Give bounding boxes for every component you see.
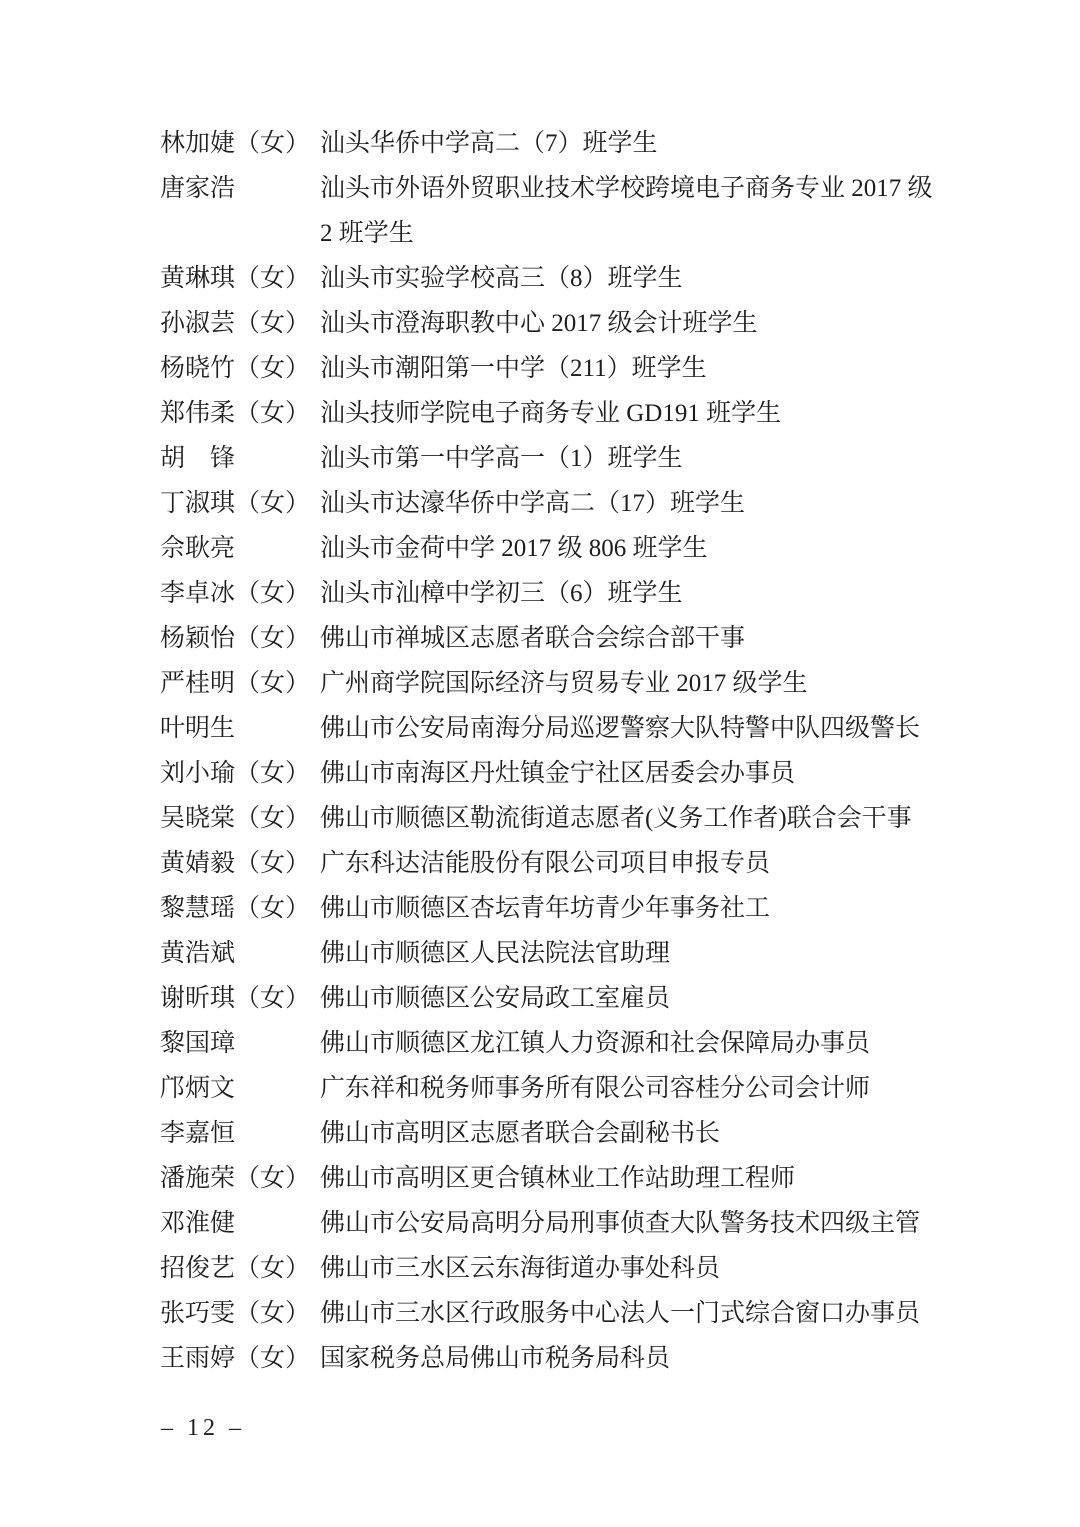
person-affiliation: 广东祥和税务师事务所有限公司容桂分公司会计师 xyxy=(320,1066,940,1111)
list-item: 邓淮健 佛山市公安局高明分局刑事侦查大队警务技术四级主管 xyxy=(160,1201,940,1246)
person-affiliation: 汕头技师学院电子商务专业 GD191 班学生 xyxy=(320,391,940,436)
person-name: 杨晓竹（女） xyxy=(160,346,320,391)
list-item: 黄琳琪（女） 汕头市实验学校高三（8）班学生 xyxy=(160,256,940,301)
list-item: 林加婕（女） 汕头华侨中学高二（7）班学生 xyxy=(160,121,940,166)
list-item: 严桂明（女） 广州商学院国际经济与贸易专业 2017 级学生 xyxy=(160,661,940,706)
list-item: 杨晓竹（女） 汕头市潮阳第一中学（211）班学生 xyxy=(160,346,940,391)
person-name: 黄浩斌 xyxy=(160,931,320,976)
document-page: 林加婕（女） 汕头华侨中学高二（7）班学生 唐家浩 汕头市外语外贸职业技术学校跨… xyxy=(0,0,1080,1527)
person-affiliation: 汕头市潮阳第一中学（211）班学生 xyxy=(320,346,940,391)
person-affiliation: 佛山市高明区志愿者联合会副秘书长 xyxy=(320,1111,940,1156)
person-name: 邓淮健 xyxy=(160,1201,320,1246)
person-affiliation: 广东科达洁能股份有限公司项目申报专员 xyxy=(320,841,940,886)
person-name: 丁淑琪（女） xyxy=(160,481,320,526)
list-item: 唐家浩 汕头市外语外贸职业技术学校跨境电子商务专业 2017 级 2 班学生 xyxy=(160,166,940,256)
person-name: 唐家浩 xyxy=(160,166,320,211)
list-item: 吴晓棠（女） 佛山市顺德区勒流街道志愿者(义务工作者)联合会干事 xyxy=(160,796,940,841)
person-affiliation: 汕头市达濠华侨中学高二（17）班学生 xyxy=(320,481,940,526)
person-name: 吴晓棠（女） xyxy=(160,796,320,841)
person-affiliation: 佛山市三水区行政服务中心法人一门式综合窗口办事员 xyxy=(320,1291,940,1336)
list-item: 李卓冰（女） 汕头市汕樟中学初三（6）班学生 xyxy=(160,571,940,616)
list-item: 叶明生 佛山市公安局南海分局巡逻警察大队特警中队四级警长 xyxy=(160,706,940,751)
person-name: 张巧雯（女） xyxy=(160,1291,320,1336)
list-item: 刘小瑜（女） 佛山市南海区丹灶镇金宁社区居委会办事员 xyxy=(160,751,940,796)
list-item: 胡 锋 汕头市第一中学高一（1）班学生 xyxy=(160,436,940,481)
person-affiliation: 佛山市顺德区龙江镇人力资源和社会保障局办事员 xyxy=(320,1021,940,1066)
person-affiliation: 汕头市澄海职教中心 2017 级会计班学生 xyxy=(320,301,940,346)
list-item: 招俊艺（女） 佛山市三水区云东海街道办事处科员 xyxy=(160,1246,940,1291)
person-name: 黄琳琪（女） xyxy=(160,256,320,301)
person-affiliation: 汕头市外语外贸职业技术学校跨境电子商务专业 2017 级 2 班学生 xyxy=(320,166,940,256)
list-item: 黄浩斌 佛山市顺德区人民法院法官助理 xyxy=(160,931,940,976)
person-name: 邝炳文 xyxy=(160,1066,320,1111)
person-name: 郑伟柔（女） xyxy=(160,391,320,436)
person-affiliation: 国家税务总局佛山市税务局科员 xyxy=(320,1336,940,1381)
list-item: 丁淑琪（女） 汕头市达濠华侨中学高二（17）班学生 xyxy=(160,481,940,526)
list-item: 杨颖怡（女） 佛山市禅城区志愿者联合会综合部干事 xyxy=(160,616,940,661)
list-item: 王雨婷（女） 国家税务总局佛山市税务局科员 xyxy=(160,1336,940,1381)
person-affiliation: 广州商学院国际经济与贸易专业 2017 级学生 xyxy=(320,661,940,706)
list-item: 黄婧毅（女） 广东科达洁能股份有限公司项目申报专员 xyxy=(160,841,940,886)
person-name: 林加婕（女） xyxy=(160,121,320,166)
person-affiliation: 佛山市公安局高明分局刑事侦查大队警务技术四级主管 xyxy=(320,1201,940,1246)
list-item: 黎国璋 佛山市顺德区龙江镇人力资源和社会保障局办事员 xyxy=(160,1021,940,1066)
list-item: 佘耿亮 汕头市金荷中学 2017 级 806 班学生 xyxy=(160,526,940,571)
list-item: 郑伟柔（女） 汕头技师学院电子商务专业 GD191 班学生 xyxy=(160,391,940,436)
person-name: 李嘉恒 xyxy=(160,1111,320,1156)
person-name: 刘小瑜（女） xyxy=(160,751,320,796)
person-affiliation: 佛山市顺德区公安局政工室雇员 xyxy=(320,976,940,1021)
list-item: 李嘉恒 佛山市高明区志愿者联合会副秘书长 xyxy=(160,1111,940,1156)
person-affiliation: 汕头市汕樟中学初三（6）班学生 xyxy=(320,571,940,616)
person-name: 潘施荣（女） xyxy=(160,1156,320,1201)
honor-roll-list: 林加婕（女） 汕头华侨中学高二（7）班学生 唐家浩 汕头市外语外贸职业技术学校跨… xyxy=(160,121,940,1381)
person-affiliation: 佛山市高明区更合镇林业工作站助理工程师 xyxy=(320,1156,940,1201)
person-name: 李卓冰（女） xyxy=(160,571,320,616)
list-item: 黎慧瑶（女） 佛山市顺德区杏坛青年坊青少年事务社工 xyxy=(160,886,940,931)
person-name: 王雨婷（女） xyxy=(160,1336,320,1381)
person-name: 胡 锋 xyxy=(160,436,320,481)
person-name: 孙淑芸（女） xyxy=(160,301,320,346)
person-affiliation: 佛山市顺德区人民法院法官助理 xyxy=(320,931,940,976)
person-affiliation: 佛山市顺德区杏坛青年坊青少年事务社工 xyxy=(320,886,940,931)
list-item: 邝炳文 广东祥和税务师事务所有限公司容桂分公司会计师 xyxy=(160,1066,940,1111)
person-name: 叶明生 xyxy=(160,706,320,751)
person-affiliation: 佛山市禅城区志愿者联合会综合部干事 xyxy=(320,616,940,661)
person-name: 严桂明（女） xyxy=(160,661,320,706)
person-affiliation: 汕头华侨中学高二（7）班学生 xyxy=(320,121,940,166)
person-name: 黄婧毅（女） xyxy=(160,841,320,886)
list-item: 孙淑芸（女） 汕头市澄海职教中心 2017 级会计班学生 xyxy=(160,301,940,346)
person-name: 招俊艺（女） xyxy=(160,1246,320,1291)
person-name: 杨颖怡（女） xyxy=(160,616,320,661)
list-item: 谢昕琪（女） 佛山市顺德区公安局政工室雇员 xyxy=(160,976,940,1021)
list-item: 潘施荣（女） 佛山市高明区更合镇林业工作站助理工程师 xyxy=(160,1156,940,1201)
page-number: – 12 – xyxy=(161,1413,245,1443)
list-item: 张巧雯（女） 佛山市三水区行政服务中心法人一门式综合窗口办事员 xyxy=(160,1291,940,1336)
person-affiliation: 佛山市顺德区勒流街道志愿者(义务工作者)联合会干事 xyxy=(320,796,940,841)
person-affiliation: 汕头市第一中学高一（1）班学生 xyxy=(320,436,940,481)
person-affiliation: 佛山市南海区丹灶镇金宁社区居委会办事员 xyxy=(320,751,940,796)
person-name: 黎国璋 xyxy=(160,1021,320,1066)
person-affiliation: 汕头市金荷中学 2017 级 806 班学生 xyxy=(320,526,940,571)
person-affiliation: 佛山市公安局南海分局巡逻警察大队特警中队四级警长 xyxy=(320,706,940,751)
person-name: 黎慧瑶（女） xyxy=(160,886,320,931)
person-name: 谢昕琪（女） xyxy=(160,976,320,1021)
person-name: 佘耿亮 xyxy=(160,526,320,571)
person-affiliation: 汕头市实验学校高三（8）班学生 xyxy=(320,256,940,301)
person-affiliation: 佛山市三水区云东海街道办事处科员 xyxy=(320,1246,940,1291)
